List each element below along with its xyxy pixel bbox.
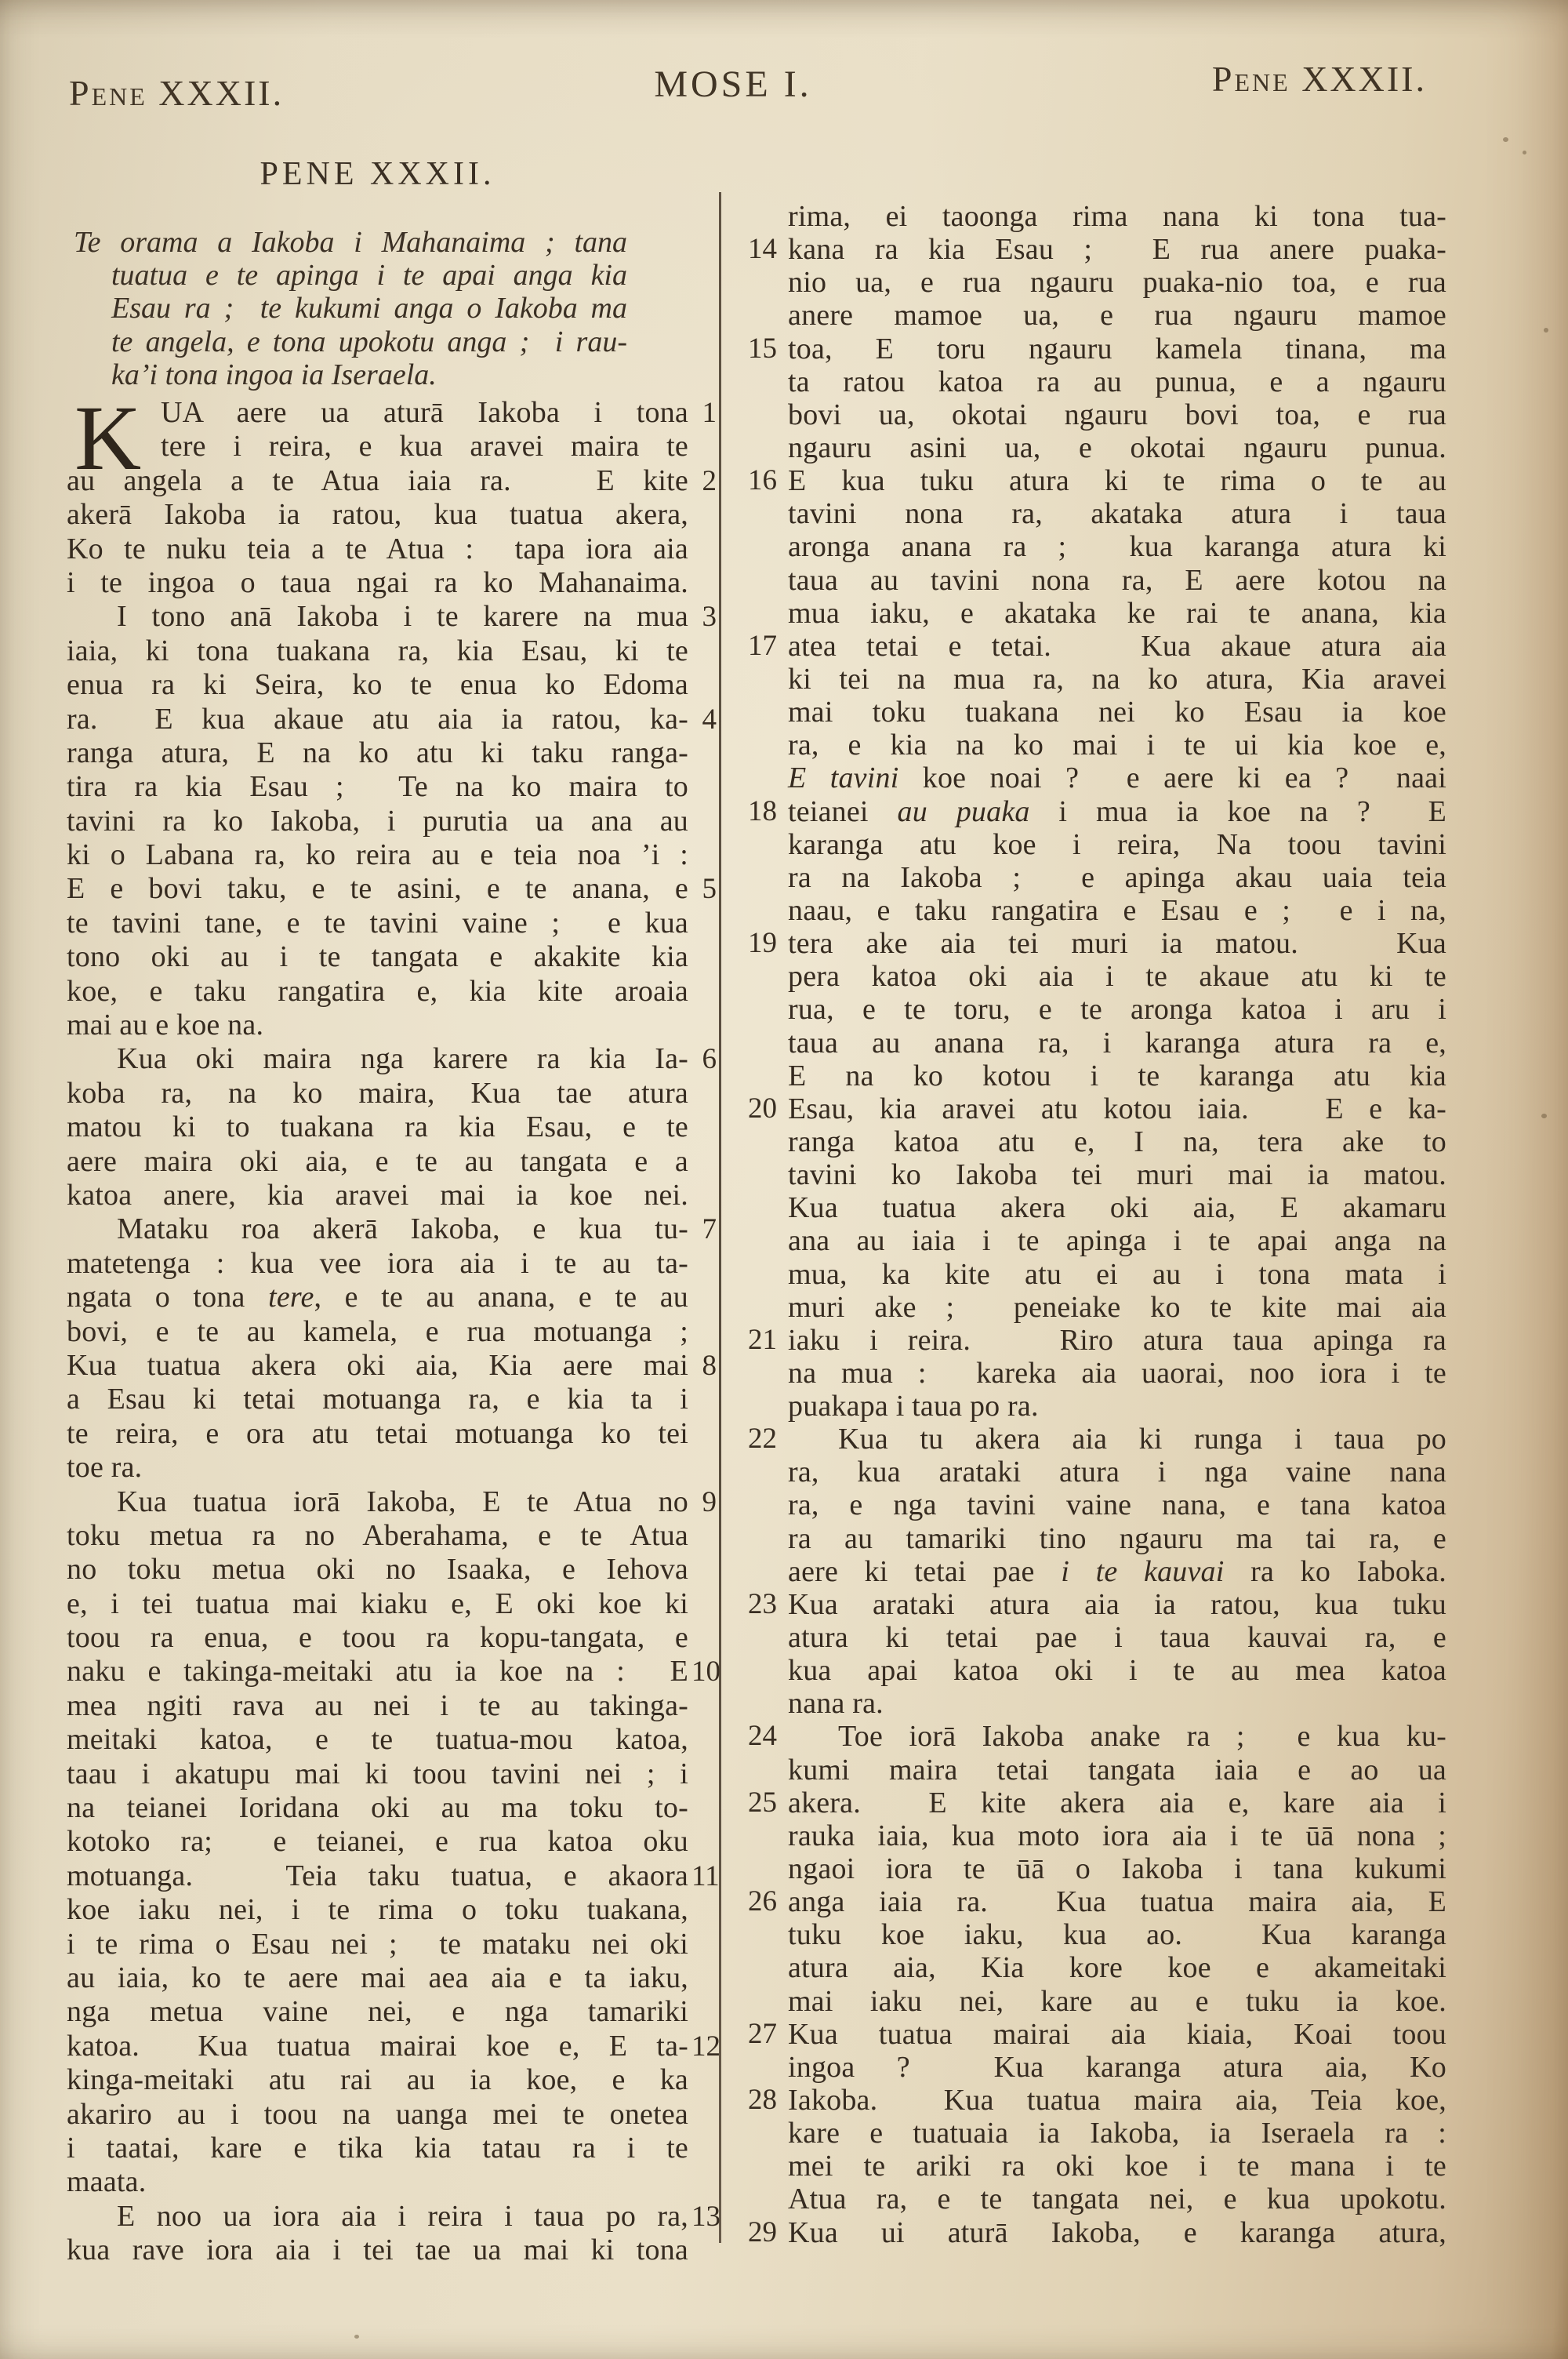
book-page: Pene XXXII. MOSE I. Pene XXXII. PENE XXX… — [0, 0, 1568, 2359]
text-line: 22Kua tu akera aia ki runga i taua po — [788, 1423, 1446, 1456]
text-line: mua, ka kite atu ei au i tona mata i — [788, 1258, 1446, 1291]
verse-number: 14 — [736, 233, 777, 266]
text-line: ngata o tona tere, e te au anana, e te a… — [67, 1281, 688, 1314]
text-line: tuatua e te apinga i te apai anga kia — [74, 259, 627, 292]
verse-number: 8 — [691, 1349, 717, 1383]
verse-number: 15 — [736, 333, 777, 365]
text-line: 24Toe iorā Iakoba anake ra ; e kua ku- — [788, 1720, 1446, 1753]
text-line: ngaoi iora te ūā o Iakoba i tana kukumi — [788, 1852, 1446, 1885]
text-line: toou ra enua, e toou ra kopu-tangata, e — [67, 1621, 688, 1655]
left-text-column: K 1UA aere ua aturā Iakoba i tonatere i … — [67, 396, 688, 2267]
text-line: kare e tuatuaia ia Iakoba, ia Iseraela r… — [788, 2117, 1446, 2150]
verse-number: 28 — [736, 2084, 777, 2117]
text-line: 15toa, E toru ngauru kamela tinana, ma — [788, 333, 1446, 365]
text-line: naau, e taku rangatira e Esau e ; e i na… — [788, 894, 1446, 927]
chapter-heading: PENE XXXII. — [67, 155, 688, 193]
text-line: Ko te nuku teia a te Atua : tapa iora ai… — [67, 533, 688, 566]
text-line: 10naku e takinga-meitaki atu ia koe na :… — [67, 1655, 688, 1688]
text-line: nana ra. — [788, 1687, 1446, 1720]
text-line: na teianei Ioridana oki au ma toku to- — [67, 1791, 688, 1825]
verse-number: 7 — [691, 1212, 717, 1246]
text-line: Te orama a Iakoba i Mahanaima ; tana — [74, 226, 627, 259]
text-line: 8Kua tuatua akera oki aia, Kia aere mai — [67, 1349, 688, 1383]
text-line: atura ki tetai pae i taua kauvai ra, e — [788, 1621, 1446, 1654]
column-divider-rule — [719, 192, 721, 2243]
text-line: tere i reira, e kua aravei maira te — [67, 430, 688, 463]
text-line: mai au e koe na. — [67, 1009, 688, 1042]
text-line: iaia, ki tona tuakana ra, kia Esau, ki t… — [67, 634, 688, 668]
text-line: 28Iakoba. Kua tuatua maira aia, Teia koe… — [788, 2084, 1446, 2117]
text-line: kua apai katoa oki i te au mea katoa — [788, 1654, 1446, 1687]
text-line: 12katoa. Kua tuatua mairai koe e, E ta- — [67, 2030, 688, 2063]
text-line: te angela, e tona upokotu anga ; i rau- — [74, 325, 627, 358]
text-line: ranga atura, E na ko atu ki taku ranga- — [67, 736, 688, 770]
text-line: ka’i tona ingoa ia Iseraela. — [74, 358, 627, 391]
paper-speck — [354, 2335, 359, 2339]
text-line: ta ratou katoa ra au punua, e a ngauru — [788, 365, 1446, 398]
verse-number: 2 — [691, 464, 717, 498]
text-line: mea ngiti rava au nei i te au takinga- — [67, 1689, 688, 1723]
text-line: i taatai, kare e tika kia tatau ra i te — [67, 2132, 688, 2165]
text-line: 19tera ake aia tei muri ia matou. Kua — [788, 927, 1446, 960]
verse-number: 24 — [736, 1720, 777, 1753]
text-line: aronga anana ra ; kua karanga atura ki — [788, 530, 1446, 563]
paper-speck — [1503, 137, 1508, 142]
text-line: tavini ko Iakoba tei muri mai ia matou. — [788, 1158, 1446, 1191]
verse-number: 25 — [736, 1787, 777, 1819]
text-line: toku metua ra no Aberahama, e te Atua — [67, 1519, 688, 1553]
text-line: tira ra kia Esau ; Te na ko maira to — [67, 770, 688, 804]
text-line: a Esau ki tetai motuanga ra, e kia ta i — [67, 1383, 688, 1416]
text-line: 3I tono anā Iakoba i te karere na mua — [67, 600, 688, 634]
paper-speck — [1544, 328, 1548, 333]
text-line: koe iaku nei, i te rima o toku tuakana, — [67, 1893, 688, 1927]
text-line: 4ra. E kua akaue atu aia ia ratou, ka- — [67, 703, 688, 736]
verse-number: 3 — [691, 600, 717, 634]
text-line: ki o Labana ra, ko reira au e teia noa ’… — [67, 838, 688, 872]
text-line: au iaia, ko te aere mai aea aia e ta iak… — [67, 1961, 688, 1995]
verse-number: 29 — [736, 2216, 777, 2249]
text-line: no toku metua oki no Isaaka, e Iehova — [67, 1553, 688, 1587]
text-line: mai iaku nei, kare au e tuku ia koe. — [788, 1985, 1446, 2018]
verse-number: 13 — [691, 2200, 717, 2234]
text-line: ra, e kia na ko mai i te ui kia koe e, — [788, 729, 1446, 761]
text-line: kua rave iora aia i tei tae ua mai ki to… — [67, 2234, 688, 2267]
verse-number: 6 — [691, 1042, 717, 1076]
paper-speck — [1541, 1114, 1547, 1118]
text-line: te reira, e ora atu tetai motuanga ko te… — [67, 1417, 688, 1451]
text-line: Kua tuatua akera oki aia, E akamaru — [788, 1191, 1446, 1224]
text-line: Esau ra ; te kukumi anga o Iakoba ma — [74, 292, 627, 325]
text-line: 9Kua tuatua iorā Iakoba, E te Atua no — [67, 1485, 688, 1519]
text-line: akerā Iakoba ia ratou, kua tuatua akera, — [67, 498, 688, 532]
text-line: anere mamoe ua, e rua ngauru mamoe — [788, 299, 1446, 332]
text-line: taau i akatupu mai ki toou tavini nei ; … — [67, 1757, 688, 1791]
text-line: aere ki tetai pae i te kauvai ra ko Iabo… — [788, 1555, 1446, 1588]
text-line: maata. — [67, 2165, 688, 2199]
text-line: 5E e bovi taku, e te asini, e te anana, … — [67, 872, 688, 906]
text-line: toe ra. — [67, 1451, 688, 1485]
text-line: enua ra ki Seira, ko te enua ko Edoma — [67, 668, 688, 702]
text-line: pera katoa oki aia i te akaue atu ki te — [788, 960, 1446, 993]
text-line: tavini ra ko Iakoba, i purutia ua ana au — [67, 805, 688, 838]
text-line: ngauru asini ua, e okotai ngauru punua. — [788, 431, 1446, 464]
text-line: atura aia, Kia kore koe e akameitaki — [788, 1951, 1446, 1984]
text-line: 1UA aere ua aturā Iakoba i tona — [67, 396, 688, 430]
text-line: kumi maira tetai tangata iaia e ao ua — [788, 1754, 1446, 1787]
text-line: 29Kua ui aturā Iakoba, e karanga atura, — [788, 2216, 1446, 2249]
text-line: e, i tei tuatua mai kiaku e, E oki koe k… — [67, 1587, 688, 1621]
text-line: ra, kua arataki atura i nga vaine nana — [788, 1456, 1446, 1488]
text-line: matetenga : kua vee iora aia i te au ta- — [67, 1247, 688, 1281]
text-line: 25akera. E kite akera aia e, kare aia i — [788, 1787, 1446, 1819]
text-line: rima, ei taoonga rima nana ki tona tua- — [788, 200, 1446, 233]
text-line: E na ko kotou i te karanga atu kia — [788, 1060, 1446, 1092]
text-line: 21iaku i reira. Riro atura taua apinga r… — [788, 1324, 1446, 1357]
text-line: 11motuanga. Teia taku tuatua, e akaora — [67, 1859, 688, 1893]
text-line: katoa anere, kia aravei mai ia koe nei. — [67, 1179, 688, 1212]
verse-number: 16 — [736, 464, 777, 497]
verse-number: 22 — [736, 1423, 777, 1456]
verse-number: 11 — [691, 1859, 717, 1893]
text-line: bovi ua, okotai ngauru bovi toa, e rua — [788, 398, 1446, 431]
text-line: na mua : kareka aia uaorai, noo iora i t… — [788, 1357, 1446, 1390]
text-line: bovi, e te au kamela, e rua motuanga ; — [67, 1315, 688, 1349]
text-line: i te rima o Esau nei ; te mataku nei oki — [67, 1928, 688, 1961]
text-line: ingoa ? Kua karanga atura aia, Ko — [788, 2051, 1446, 2084]
text-line: 18teianei au puaka i mua ia koe na ? E — [788, 795, 1446, 828]
text-line: meitaki katoa, e te tuatua-mou katoa, — [67, 1723, 688, 1757]
right-text-column: rima, ei taoonga rima nana ki tona tua-1… — [788, 200, 1446, 2249]
verse-number: 10 — [691, 1655, 717, 1688]
chapter-summary: Te orama a Iakoba i Mahanaima ; tanatuat… — [74, 226, 627, 391]
verse-number: 27 — [736, 2018, 777, 2051]
verse-number: 17 — [736, 630, 777, 663]
verse-number: 5 — [691, 872, 717, 906]
text-line: 17atea tetai e tetai. Kua akaue atura ai… — [788, 630, 1446, 663]
text-line: koba ra, na ko maira, Kua tae atura — [67, 1077, 688, 1110]
text-line: kinga-meitaki atu rai au ia koe, e ka — [67, 2063, 688, 2097]
verse-number: 18 — [736, 795, 777, 828]
verse-number: 9 — [691, 1485, 717, 1519]
text-line: akariro au i toou na uanga mei te onetea — [67, 2098, 688, 2132]
text-line: Atua ra, e te tangata nei, e kua upokotu… — [788, 2183, 1446, 2215]
text-line: mei te ariki ra oki koe i te mana i te — [788, 2150, 1446, 2183]
text-line: 23Kua arataki atura aia ia ratou, kua tu… — [788, 1588, 1446, 1621]
text-line: ra au tamariki tino ngauru ma tai ra, e — [788, 1522, 1446, 1555]
text-line: 20Esau, kia aravei atu kotou iaia. E e k… — [788, 1092, 1446, 1125]
text-line: 13E noo ua iora aia i reira i taua po ra… — [67, 2200, 688, 2234]
running-head-right: Pene XXXII. — [1160, 58, 1427, 100]
verse-number: 20 — [736, 1092, 777, 1125]
text-line: ra, e nga tavini vaine nana, e tana kato… — [788, 1488, 1446, 1521]
text-line: tavini nona ra, akataka atura i taua — [788, 497, 1446, 530]
text-line: 6Kua oki maira nga karere ra kia Ia- — [67, 1042, 688, 1076]
text-line: ranga katoa atu e, I na, tera ake to — [788, 1125, 1446, 1158]
text-line: nio ua, e rua ngauru puaka-nio toa, e ru… — [788, 266, 1446, 299]
text-line: ra na Iakoba ; e apinga akau uaia teia — [788, 861, 1446, 894]
text-line: E tavini koe noai ? e aere ki ea ? naai — [788, 761, 1446, 794]
running-head-title: MOSE I. — [576, 63, 890, 106]
verse-number: 26 — [736, 1885, 777, 1918]
text-line: tuku koe iaku, kua ao. Kua karanga — [788, 1918, 1446, 1951]
text-line: rauka iaia, kua moto iora aia i te ūā no… — [788, 1819, 1446, 1852]
text-line: puakapa i taua po ra. — [788, 1390, 1446, 1423]
text-line: koe, e taku rangatira e, kia kite aroaia — [67, 975, 688, 1009]
text-line: karanga atu koe i reira, Na toou tavini — [788, 828, 1446, 861]
text-line: i te ingoa o taua ngai ra ko Mahanaima. — [67, 566, 688, 600]
paper-speck — [1523, 151, 1526, 154]
text-line: muri ake ; peneiake ko te kite mai aia — [788, 1291, 1446, 1324]
text-line: 2au angela a te Atua iaia ra. E kite — [67, 464, 688, 498]
text-line: rua, e te toru, e te aronga katoa i aru … — [788, 993, 1446, 1026]
text-line: taua au tavini nona ra, E aere kotou na — [788, 564, 1446, 597]
text-line: ana au iaia i te apinga i te apai anga n… — [788, 1224, 1446, 1257]
text-line: 27Kua tuatua mairai aia kiaia, Koai toou — [788, 2018, 1446, 2051]
running-head-left: Pene XXXII. — [69, 72, 284, 114]
text-line: taua au anana ra, i karanga atura ra e, — [788, 1027, 1446, 1060]
verse-number: 19 — [736, 927, 777, 960]
text-line: kotoko ra; e teianei, e rua katoa oku — [67, 1825, 688, 1859]
text-line: 16E kua tuku atura ki te rima o te au — [788, 464, 1446, 497]
text-line: aere maira oki aia, e te au tangata e a — [67, 1145, 688, 1179]
text-line: 7Mataku roa akerā Iakoba, e kua tu- — [67, 1212, 688, 1246]
text-line: mai toku tuakana nei ko Esau ia koe — [788, 696, 1446, 729]
verse-number: 21 — [736, 1324, 777, 1357]
text-line: nga metua vaine nei, e nga tamariki — [67, 1995, 688, 2029]
verse-number: 4 — [691, 703, 717, 736]
text-line: matou ki to tuakana ra kia Esau, e te — [67, 1110, 688, 1144]
text-line: mua iaku, e akataka ke rai te anana, kia — [788, 597, 1446, 630]
text-line: te tavini tane, e te tavini vaine ; e ku… — [67, 907, 688, 940]
text-line: 14kana ra kia Esau ; E rua anere puaka- — [788, 233, 1446, 266]
verse-number: 1 — [691, 396, 717, 430]
text-line: 26anga iaia ra. Kua tuatua maira aia, E — [788, 1885, 1446, 1918]
text-line: ki tei na mua ra, na ko atura, Kia arave… — [788, 663, 1446, 696]
verse-number: 12 — [691, 2030, 717, 2063]
verse-number: 23 — [736, 1588, 777, 1621]
text-line: tono oki au i te tangata e akakite kia — [67, 940, 688, 974]
